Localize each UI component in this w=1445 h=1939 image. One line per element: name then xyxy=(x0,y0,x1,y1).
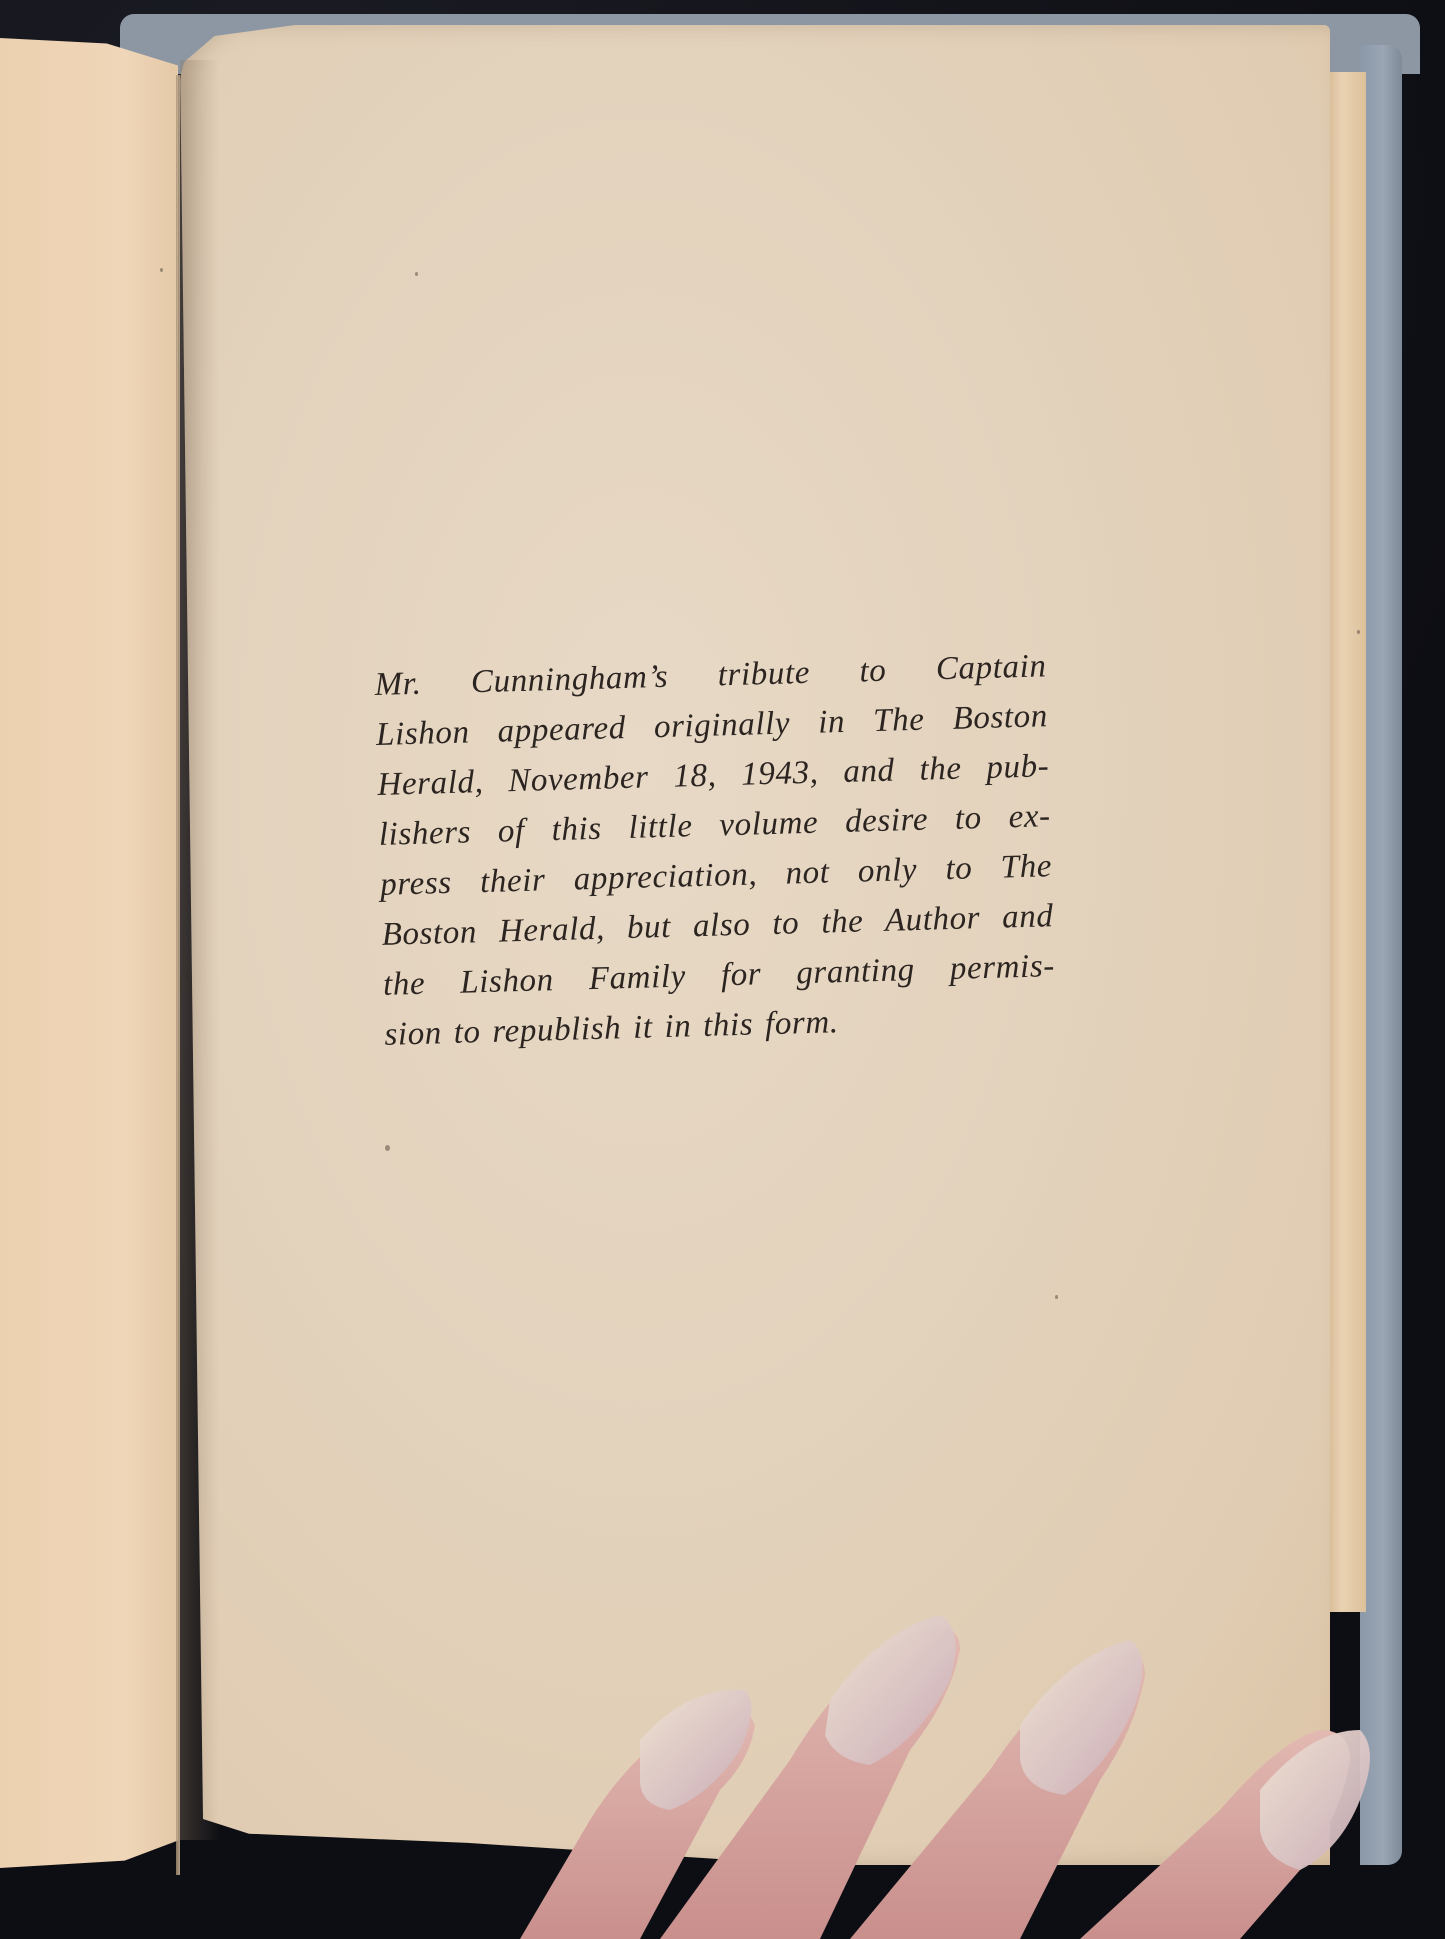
paper-speck xyxy=(160,268,163,272)
paper-speck xyxy=(1055,1295,1058,1299)
paper-speck xyxy=(1357,630,1360,634)
book-gutter xyxy=(176,75,180,1875)
paper-speck xyxy=(415,272,418,276)
endpaper-edge xyxy=(1325,72,1366,1612)
paper-speck xyxy=(385,1145,390,1151)
book-cover-right-edge xyxy=(1360,45,1402,1865)
left-page-verso xyxy=(0,38,178,1868)
dedication-paragraph: Mr. Cunningham’s tribute to Captain Lish… xyxy=(374,641,1057,1060)
